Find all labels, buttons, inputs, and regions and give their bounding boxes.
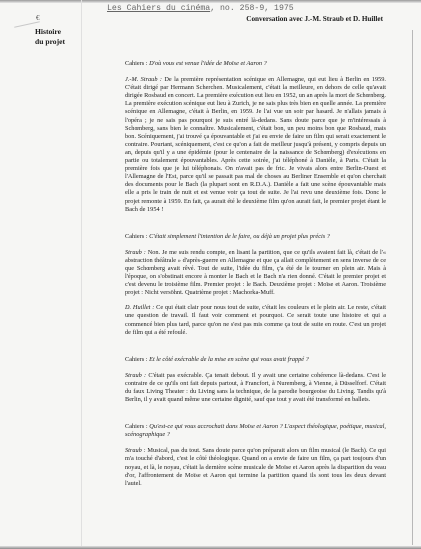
margin-fold-line bbox=[81, 0, 82, 549]
page-mark: € bbox=[36, 14, 40, 22]
answer-text: C'était pas exécrable. Ça tenait debout.… bbox=[125, 372, 386, 403]
answer-speaker: D. Huillet : bbox=[125, 304, 156, 311]
question-text: C'était simplement l'intention de le fai… bbox=[149, 233, 330, 240]
page-right-rule bbox=[412, 30, 413, 545]
source-issue: , no. 258-9, 1975 bbox=[210, 4, 294, 13]
interview-body: Cahiers : D'où vous est venue l'idée de … bbox=[125, 60, 386, 495]
interview-question: Cahiers : D'où vous est venue l'idée de … bbox=[125, 60, 386, 68]
answer-speaker: Straub : bbox=[125, 447, 147, 454]
answer-speaker: J.-M. Straub : bbox=[125, 76, 164, 83]
interview-question: Cahiers : C'était simplement l'intention… bbox=[125, 233, 386, 241]
answer-speaker: Straub : bbox=[125, 249, 148, 256]
source-title: Les Cahiers du cinéma bbox=[107, 4, 210, 13]
answer-text: Ce qui était clair pour nous tout de sui… bbox=[125, 304, 386, 335]
answer-text: Musical, pas du tout. Sans doute parce q… bbox=[125, 447, 386, 486]
answer-speaker: Straub : bbox=[125, 372, 148, 379]
section-title-line1: Histoire bbox=[35, 27, 85, 37]
question-text: Qu'est-ce qui vous accrochait dans Moïse… bbox=[125, 423, 386, 438]
interview-question: Cahiers : Et le côté exécrable de la mis… bbox=[125, 356, 386, 364]
interview-answer: D. Huillet : Ce qui était clair pour nou… bbox=[125, 304, 386, 336]
interview-answer: Straub : Musical, pas du tout. Sans dout… bbox=[125, 447, 386, 487]
question-text: Et le côté exécrable de la mise en scène… bbox=[149, 356, 309, 363]
question-speaker: Cahiers : bbox=[125, 356, 149, 363]
interview-answer: Straub : Non. Je me suis rendu compte, e… bbox=[125, 249, 386, 298]
answer-text: De la première représentation scénique e… bbox=[125, 76, 386, 213]
question-speaker: Cahiers : bbox=[125, 233, 149, 240]
question-text: D'où vous est venue l'idée de Moïse et A… bbox=[149, 60, 267, 67]
interview-answer: Straub : C'était pas exécrable. Ça tenai… bbox=[125, 372, 386, 404]
typed-source-citation: Les Cahiers du cinéma, no. 258-9, 1975 bbox=[107, 4, 294, 13]
question-speaker: Cahiers : bbox=[125, 60, 149, 67]
interview-answer: J.-M. Straub : De la première représenta… bbox=[125, 76, 386, 214]
running-head: Conversation avec J.-M. Straub et D. Hui… bbox=[246, 15, 383, 23]
interview-question: Cahiers : Qu'est-ce qui vous accrochait … bbox=[125, 423, 386, 439]
answer-text: Non. Je me suis rendu compte, en lisant … bbox=[125, 249, 386, 296]
question-speaker: Cahiers : bbox=[125, 423, 149, 430]
page-top-edge bbox=[0, 0, 421, 3]
section-title-line2: du projet bbox=[35, 37, 85, 47]
section-title: Histoire du projet bbox=[35, 27, 85, 46]
